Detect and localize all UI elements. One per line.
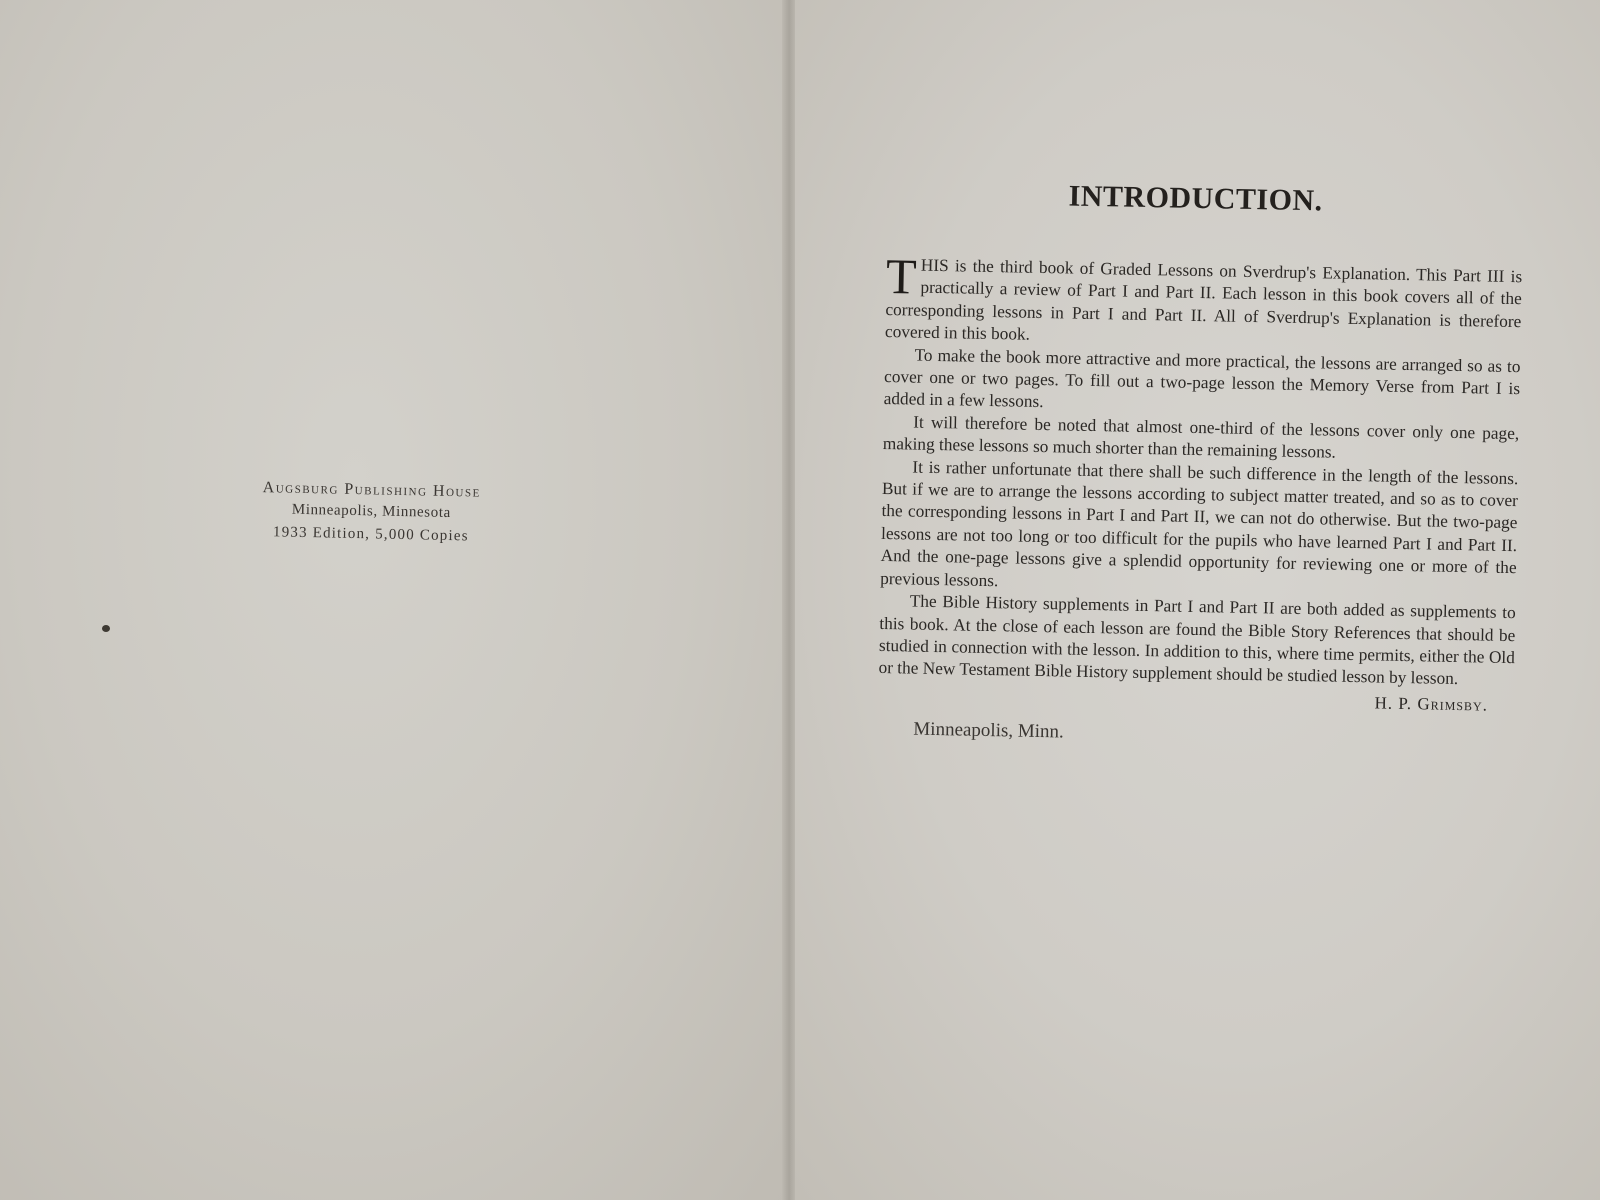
author-initials: H. P. bbox=[1374, 693, 1417, 713]
drop-cap: T bbox=[886, 256, 917, 297]
introduction-section: INTRODUCTION. THIS is the third book of … bbox=[877, 176, 1524, 752]
publisher-city: Minneapolis, Minnesota bbox=[211, 500, 531, 524]
ink-speck bbox=[102, 625, 110, 632]
left-page: Augsburg Publishing House Minneapolis, M… bbox=[0, 0, 790, 1200]
paragraph-4: It is rather unfortunate that there shal… bbox=[880, 456, 1518, 603]
paragraph-1: THIS is the third book of Graded Lessons… bbox=[885, 254, 1523, 356]
paragraph-5: The Bible History supplements in Part I … bbox=[878, 590, 1516, 692]
paragraph-2: To make the book more attractive and mor… bbox=[883, 344, 1520, 423]
paragraph-1-text: HIS is the third book of Graded Lessons … bbox=[885, 256, 1523, 344]
publisher-name: Augsburg Publishing House bbox=[212, 478, 532, 503]
book-spread: Augsburg Publishing House Minneapolis, M… bbox=[0, 0, 1600, 1200]
publisher-imprint: Augsburg Publishing House Minneapolis, M… bbox=[211, 478, 532, 547]
edition-note: 1933 Edition, 5,000 Copies bbox=[211, 523, 531, 547]
author-surname: Grimsby. bbox=[1417, 694, 1488, 714]
